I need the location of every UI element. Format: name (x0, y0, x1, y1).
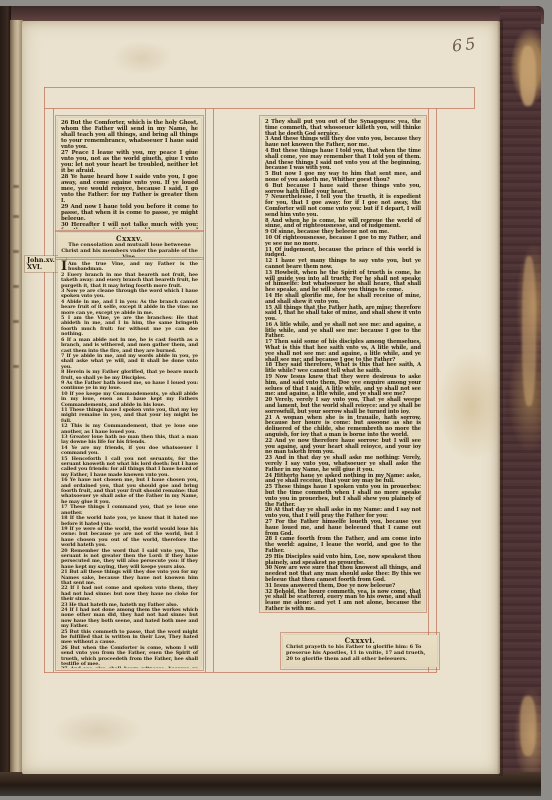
bible-verse: 30 Hereafter I will not talke much with … (61, 222, 198, 229)
ruling-line-left-outer (44, 87, 45, 673)
bible-verse: 27 Peace I leaue with you, my peace I gi… (61, 150, 198, 174)
bible-verse: 21 A woman when she is in trauaile, hath… (265, 416, 421, 439)
bible-verse: 28 Ye haue heard how I saide vnto you, I… (61, 174, 198, 204)
leather-wear-patch (520, 696, 536, 756)
foxing-stain (52, 711, 142, 751)
bible-verse: 10 If yee keepe my Commandements, ye sha… (61, 392, 198, 408)
bible-verse: 26 But when the Comforter is come, whom … (61, 646, 198, 668)
bleedthrough-mark (13, 250, 19, 253)
bleedthrough-mark (13, 320, 19, 323)
ruling-line-middle-left (205, 108, 206, 672)
bible-verse: 4 But these things haue I told you, that… (265, 149, 421, 172)
book-cover-right-board (500, 6, 541, 792)
pasted-slip-next-section-heading: Cxxxvi. Christ prayeth to his Father to … (283, 635, 437, 667)
bleedthrough-mark (13, 285, 19, 288)
leather-wear-patch (522, 256, 536, 406)
bible-verse: 26 But the Comforter, which is the holy … (61, 120, 198, 150)
bible-verse: 25 These things haue I spoken vnto you i… (265, 485, 421, 508)
album-page: 65 John.xv. XVI. 26 But the Comforter, w… (22, 21, 500, 774)
bible-verse: 24 If I had not done among them the work… (61, 608, 198, 630)
bible-verse: 23 And in that day ye shall aske me noth… (265, 456, 421, 473)
bible-verse: 4 Abide in me, and I in you: As the bran… (61, 300, 198, 316)
bible-verse: 7 If ye abide in me, and my words abide … (61, 354, 198, 370)
bible-verse: 30 Now are wee sure that thou knowest al… (265, 566, 421, 583)
bible-verse: 22 And ye now therefore haue sorrow: but… (265, 439, 421, 456)
ruling-line-top-inner (44, 108, 474, 109)
bible-verse: 17 Then said some of his disciples among… (265, 340, 421, 363)
bible-verse: 16 Ye haue not chosen me, but I haue cho… (61, 478, 198, 505)
bible-verse: 29 And now I haue told you before it com… (61, 204, 198, 222)
bible-verse: 20 Verely, verely I say vnto you, That y… (265, 398, 421, 415)
bleedthrough-mark (13, 185, 19, 188)
ruling-line-bottom (44, 672, 437, 673)
bible-verse: 15 All things that the Father hath, are … (265, 306, 421, 323)
bible-verse: 5 I am the Vine, ye are the branches: He… (61, 316, 198, 338)
bible-verse: 11 These things haue I spoken vnto you, … (61, 408, 198, 424)
bible-verse: 7 Neuerthelesse, I tell you the trueth, … (265, 195, 421, 218)
pasted-slip-john15: I Am the true Vine, and my Father is the… (58, 260, 201, 668)
ruling-line-left-inner (53, 108, 54, 672)
bible-verse: 20 Remember the word that I said vnto yo… (61, 549, 198, 571)
ruling-line-top (44, 87, 474, 88)
bible-verse: 27 For the Father himselfe loueth you, b… (265, 520, 421, 537)
bible-verse: 19 Now Iesus knew that they were desirou… (265, 375, 421, 398)
bible-verse: 15 Henceforth I call you not seruants, f… (61, 457, 198, 479)
photo-of-open-book: { "folio": "65", "margin_label": { "line… (0, 0, 552, 800)
ruling-line-middle-right (213, 108, 214, 672)
gutter-shadow (497, 20, 503, 776)
bible-verse: 2 They shall put you out of the Synagogu… (265, 120, 421, 137)
bible-verse: 19 If ye were of the world, the world wo… (61, 527, 198, 549)
bible-verse: 21 But all these things will they doe vn… (61, 570, 198, 586)
section-summary: Christ prayeth to his Father to glorifie… (286, 645, 434, 662)
bible-verse: 6 If a man abide not in me, he is cast f… (61, 338, 198, 354)
pasted-slip-john14: 26 But the Comforter, which is the holy … (58, 118, 201, 229)
section-summary: The consolation and mutuall loue between… (61, 243, 198, 257)
ruling-line-right-outer (436, 108, 437, 672)
pasted-slip-section-heading: Cxxxv. The consolation and mutuall loue … (58, 233, 201, 257)
leather-wear-patch (520, 46, 536, 106)
bible-verse: 32 Behold, the houre commeth, yea, is no… (265, 590, 421, 610)
foxing-stain (112, 41, 172, 75)
book-cover-bottom-edge (0, 772, 541, 796)
ruling-line-right-inner (428, 108, 429, 672)
bible-verse: 2 Euery branch in me that beareth not fr… (61, 273, 198, 289)
bible-verse: 16 A litle while, and ye shall not see m… (265, 323, 421, 340)
folio-number: 65 (451, 33, 479, 55)
bible-verse: 22 If I had not come and spoken vnto the… (61, 586, 198, 602)
bible-verse: 13 Howbeit, when he the Spirit of trueth… (265, 271, 421, 294)
bible-verse: 27 And yee also shall beare witnesse, be… (61, 667, 198, 668)
bleedthrough-mark (13, 365, 19, 368)
bible-verse: 28 I came foorth from the Father, and am… (265, 537, 421, 554)
bleedthrough-mark (13, 215, 19, 218)
pasted-slip-john16: 2 They shall put you out of the Synagogu… (262, 118, 424, 610)
bible-verse: 25 But this commeth to passe, that the w… (61, 630, 198, 646)
ruling-line-band-right (474, 87, 475, 109)
